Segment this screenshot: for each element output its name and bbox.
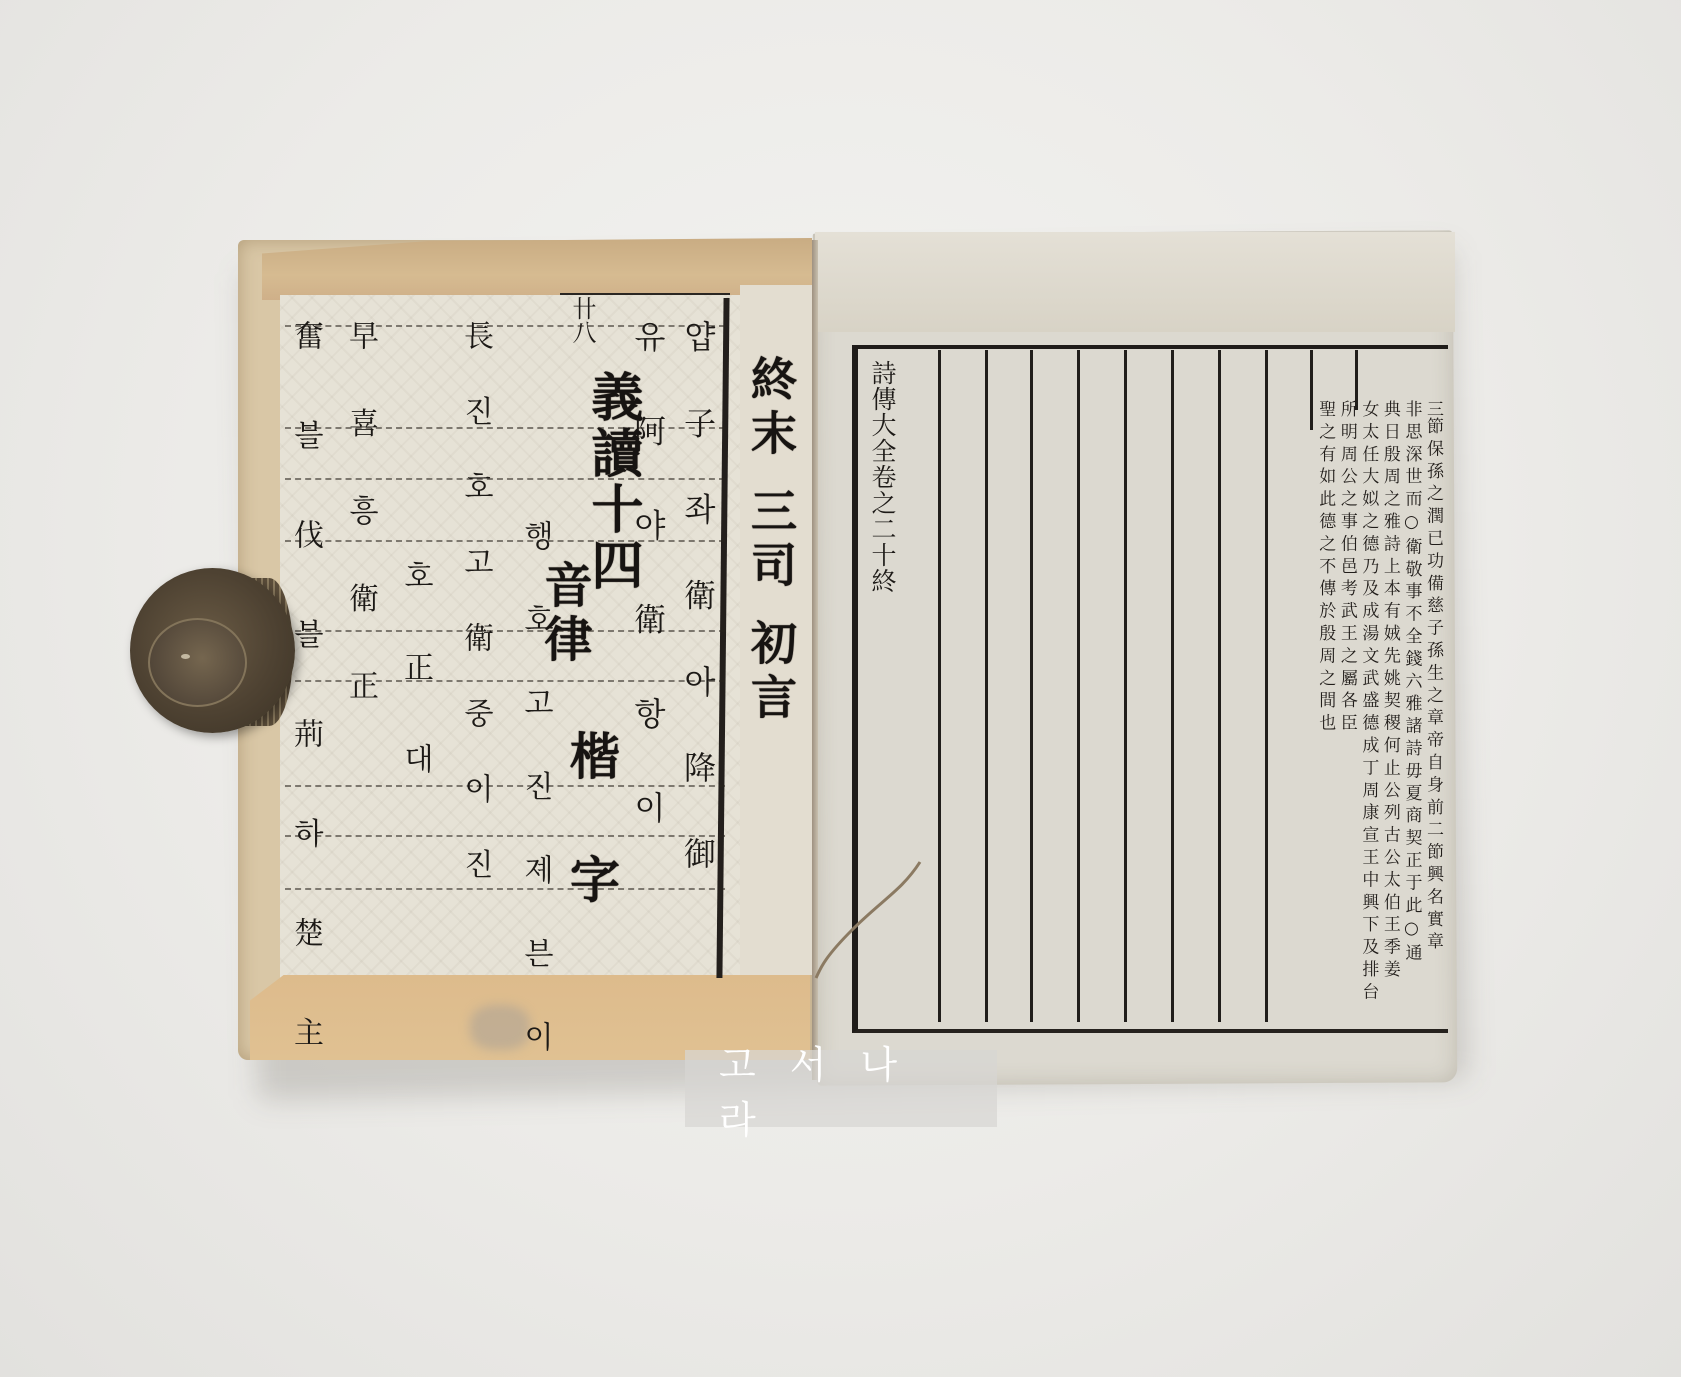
text-column: 얍 子 좌 衛 아 降 御 [682,320,714,891]
commentary-column: 非 思 深 世 而 ○ 衛 敬 事 不 全 錢 六 雅 諸 詩 毋 夏 商 契 … [1401,400,1421,1000]
binding-thread [812,860,922,980]
column-rule [1171,350,1174,1022]
commentary-column: 所 明 周 公 之 事 伯 邑 考 武 王 之 屬 各 臣 [1336,400,1356,1000]
text-column: 호 正 대 [400,560,430,799]
photo-scene: 卄八 얍 子 좌 衛 아 降 御 유 阿 야 衛 항 이 행 호 고 진 졔 븐… [0,0,1681,1377]
top-marker: 卄八 [570,296,594,344]
commentary-column: 典 日 殷 周 之 雅 詩 上 本 有 娀 先 姚 契 稷 何 止 公 列 古 … [1379,400,1399,1000]
column-rule [1124,350,1127,1022]
column-rule [1030,350,1033,1022]
volume-title: 詩傳大全卷之二十終 [864,360,900,594]
brass-weight-highlight [181,654,190,659]
left-page-top-rule [560,293,730,295]
commentary-column: 聖 之 有 如 此 德 之 不 傳 於 殷 周 之 間 也 [1315,400,1335,1000]
watermark-text: 고서나라 [685,1034,997,1144]
commentary-column: 女 太 任 大 姒 之 德 乃 及 成 湯 文 武 盛 德 成 丁 周 康 宣 … [1358,400,1378,1000]
watermark: 고서나라 [685,1050,997,1127]
handwritten-annotation: 楷 字 [555,730,627,931]
text-column: 早 喜 흥 衛 正 [345,320,375,724]
brass-weight-knob [148,618,247,707]
commentary-block: 三節 保 孫 之 潤 已 功 備 慈 子 孫 生 之 章 帝 自 身 前 二 節… [1262,400,1442,1000]
column-rule [985,350,988,1022]
column-rule [1077,350,1080,1022]
dashed-guide [285,888,725,890]
handwritten-annotation: 音律 [530,560,599,668]
right-page-top-margin [815,232,1455,332]
text-column: 奮 블 伐 블 荊 하 楚 主 [290,320,320,1077]
column-rule [938,350,941,1022]
column-rule [1218,350,1221,1022]
left-page-repair-strip-top [262,238,812,300]
commentary-column: 三節 保 孫 之 潤 已 功 備 慈 子 孫 生 之 章 帝 自 身 前 二 節… [1422,400,1442,1000]
text-column: 長 진 호 고 衛 중 이 진 [460,320,490,897]
margin-annotation: 終末 三司 初言 [738,355,804,727]
